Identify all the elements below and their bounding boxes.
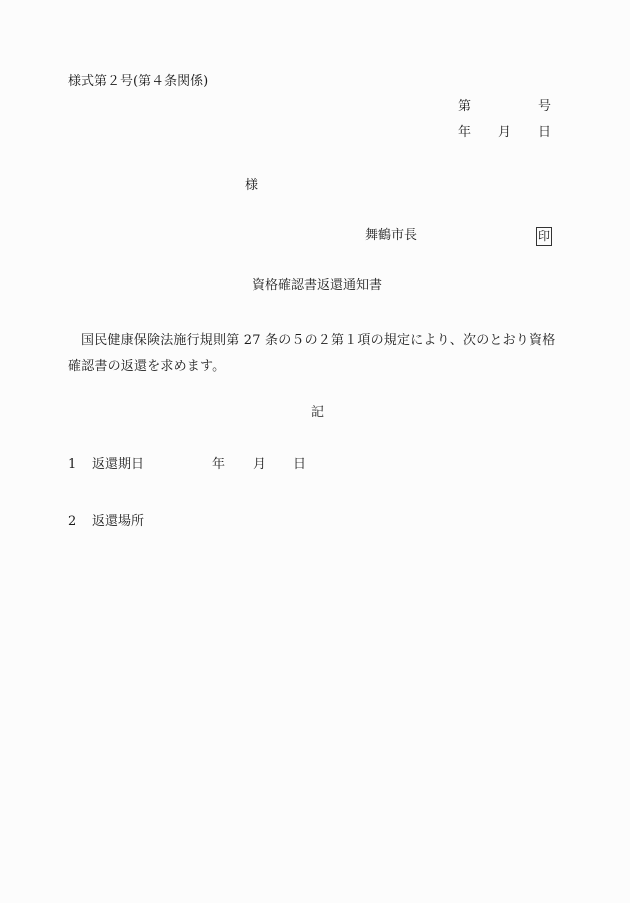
item-number: 1 <box>68 457 92 473</box>
document-number-prefix: 第 <box>458 99 471 115</box>
item-return-deadline: 1返還期日 <box>68 457 144 473</box>
issue-date-month: 月 <box>498 125 511 141</box>
note-heading: 記 <box>311 405 324 421</box>
item-number: 2 <box>68 514 92 530</box>
document-title: 資格確認書返還通知書 <box>252 278 382 294</box>
issue-date-year: 年 <box>458 125 471 141</box>
deadline-year: 年 <box>212 457 225 473</box>
seal-mark-icon: 印 <box>536 227 552 246</box>
deadline-month: 月 <box>253 457 266 473</box>
recipient-honorific: 様 <box>245 178 258 194</box>
body-paragraph: 国民健康保険法施行規則第 27 条の５の２第１項の規定により、次のとおり資格確認… <box>68 328 568 380</box>
item-label: 返還期日 <box>92 457 144 472</box>
issue-date-day: 日 <box>538 125 551 141</box>
item-return-location: 2返還場所 <box>68 514 144 530</box>
form-identifier: 様式第２号(第４条関係) <box>68 74 208 90</box>
document-number-suffix: 号 <box>538 99 551 115</box>
item-label: 返還場所 <box>92 514 144 529</box>
sender-name: 舞鶴市長 <box>365 228 417 244</box>
deadline-day: 日 <box>293 457 306 473</box>
